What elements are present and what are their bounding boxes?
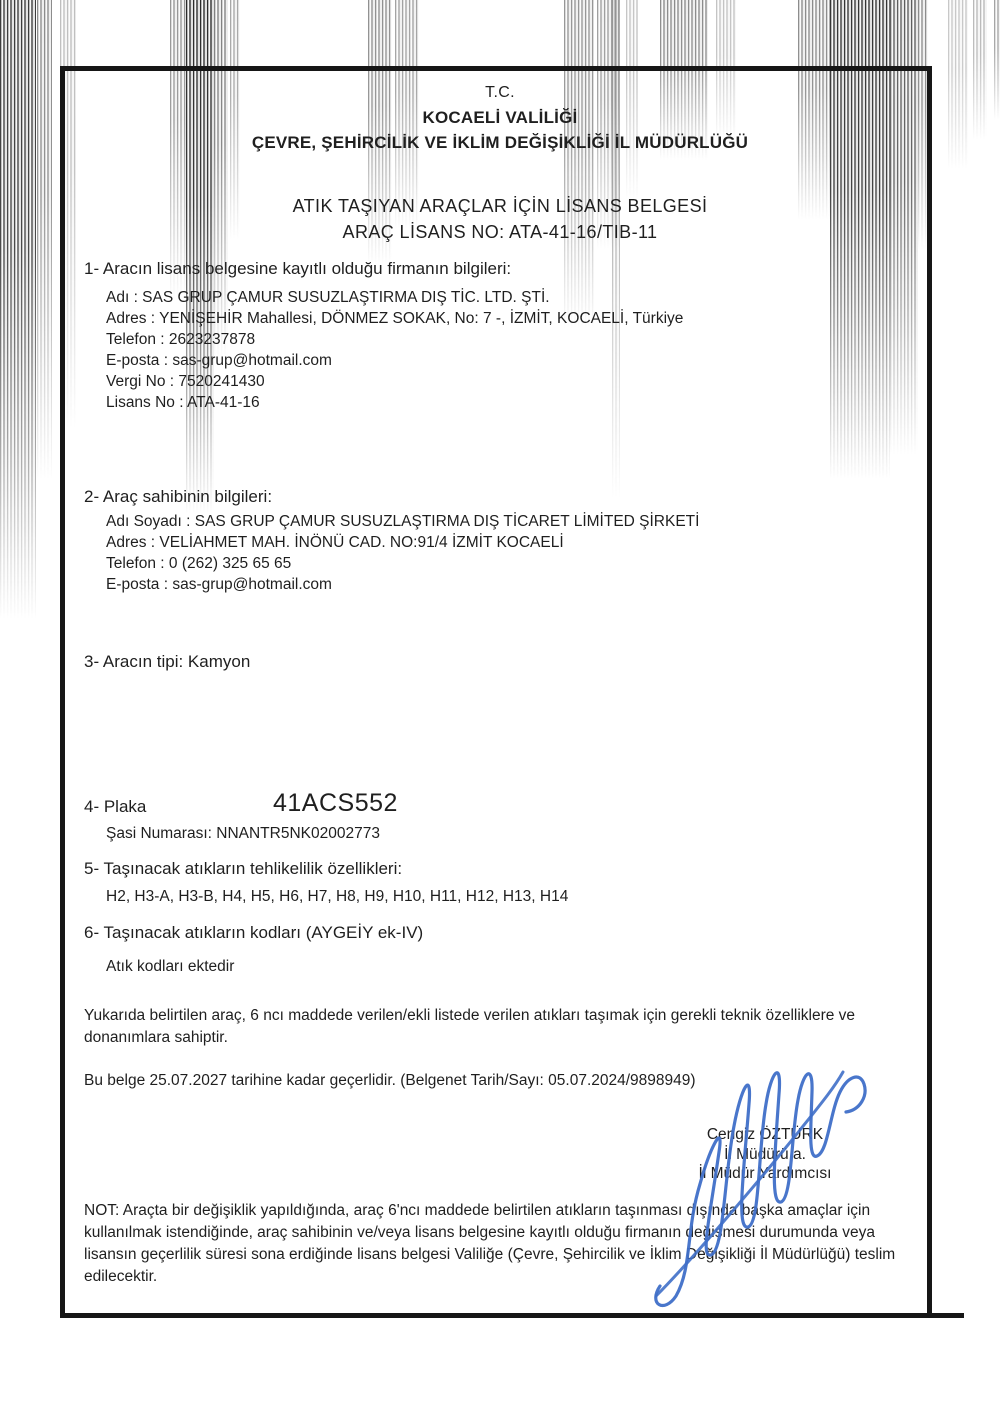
owner-name: Adı Soyadı : SAS GRUP ÇAMUR SUSUZLAŞTIRM…	[106, 513, 699, 531]
letterhead-governorship: KOCAELİ VALİLİĞİ	[0, 108, 1000, 128]
company-tax-no: Vergi No : 7520241430	[106, 373, 265, 391]
signer-title2: İl Müdür Yardımcısı	[660, 1165, 870, 1183]
border-bottom-artifact	[930, 1313, 964, 1318]
hazard-class-codes: H2, H3-A, H3-B, H4, H5, H6, H7, H8, H9, …	[106, 888, 568, 906]
vehicle-license-no: ARAÇ LİSANS NO: ATA-41-16/TIB-11	[0, 222, 1000, 243]
chassis-number: Şasi Numarası: NNANTR5NK02002773	[106, 825, 380, 843]
document-title: ATIK TAŞIYAN ARAÇLAR İÇİN LİSANS BELGESİ	[0, 196, 1000, 217]
company-address: Adres : YENİŞEHİR Mahallesi, DÖNMEZ SOKA…	[106, 310, 683, 328]
company-license-no: Lisans No : ATA-41-16	[106, 394, 260, 412]
section2-heading: 2- Araç sahibinin bilgileri:	[84, 487, 272, 507]
signer-name: Cengiz ÖZTÜRK	[660, 1126, 870, 1144]
letterhead-directorate: ÇEVRE, ŞEHİRCİLİK VE İKLİM DEĞİŞİKLİĞİ İ…	[0, 133, 1000, 153]
company-phone: Telefon : 2623237878	[106, 331, 255, 349]
section5-heading: 5- Taşınacak atıkların tehlikelilik özel…	[84, 859, 402, 879]
owner-email: E-posta : sas-grup@hotmail.com	[106, 576, 332, 594]
waste-codes-note: Atık kodları ektedir	[106, 958, 234, 976]
signer-title1: İl Müdürü a.	[660, 1146, 870, 1164]
owner-address: Adres : VELİAHMET MAH. İNÖNÜ CAD. NO:91/…	[106, 534, 564, 552]
section6-heading: 6- Taşınacak atıkların kodları (AYGEİY e…	[84, 923, 423, 943]
technical-statement: Yukarıda belirtilen araç, 6 ncı maddede …	[84, 1005, 924, 1049]
company-name: Adı : SAS GRUP ÇAMUR SUSUZLAŞTIRMA DIŞ T…	[106, 289, 550, 307]
company-email: E-posta : sas-grup@hotmail.com	[106, 352, 332, 370]
letterhead-country: T.C.	[0, 84, 1000, 102]
footnote-note: NOT: Araçta bir değişiklik yapıldığında,…	[84, 1200, 926, 1288]
scan-streak	[994, 0, 1000, 120]
owner-phone: Telefon : 0 (262) 325 65 65	[106, 555, 291, 573]
validity-statement: Bu belge 25.07.2027 tarihine kadar geçer…	[84, 1070, 924, 1092]
plate-number: 41ACS552	[273, 789, 398, 818]
scanned-document-page: T.C. KOCAELİ VALİLİĞİ ÇEVRE, ŞEHİRCİLİK …	[0, 0, 1000, 1413]
section3-heading-vehicle-type: 3- Aracın tipi: Kamyon	[84, 652, 250, 672]
section1-heading: 1- Aracın lisans belgesine kayıtlı olduğ…	[84, 259, 511, 279]
section4-heading: 4- Plaka	[84, 797, 146, 817]
